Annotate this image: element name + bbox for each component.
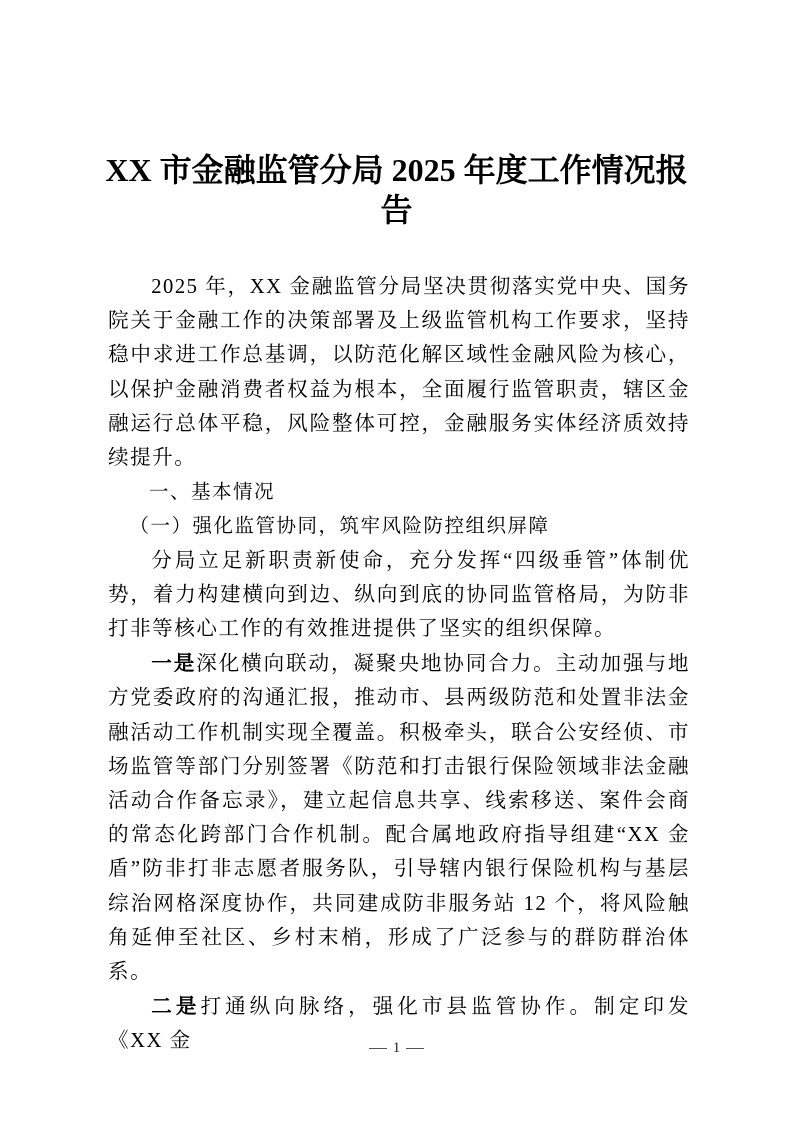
subsection-heading: （一）强化监管协同，筑牢风险防控组织屏障 bbox=[108, 509, 690, 543]
document-page: XX 市金融监管分局 2025 年度工作情况报告 2025 年，XX 金融监管分… bbox=[0, 0, 793, 1122]
section-heading: 一、基本情况 bbox=[108, 475, 690, 509]
point-1-text: 深化横向联动，凝聚央地协同合力。主动加强与地方党委政府的沟通汇报，推动市、县两级… bbox=[108, 653, 690, 983]
intro-paragraph: 2025 年，XX 金融监管分局坚决贯彻落实党中央、国务院关于金融工作的决策部署… bbox=[108, 270, 690, 475]
footer-dash-left bbox=[369, 1048, 387, 1049]
document-body: 2025 年，XX 金融监管分局坚决贯彻落实党中央、国务院关于金融工作的决策部署… bbox=[108, 270, 690, 1059]
page-footer: 1 bbox=[0, 1040, 793, 1057]
point-2-lead: 二是 bbox=[151, 994, 200, 1018]
document-title: XX 市金融监管分局 2025 年度工作情况报告 bbox=[104, 150, 689, 230]
point-1-paragraph: 一是深化横向联动，凝聚央地协同合力。主动加强与地方党委政府的沟通汇报，推动市、县… bbox=[108, 646, 690, 989]
page-number: 1 bbox=[393, 1040, 401, 1056]
point-1-lead: 一是 bbox=[151, 651, 196, 675]
footer-dash-right bbox=[406, 1048, 424, 1049]
subsection-paragraph: 分局立足新职责新使命，充分发挥“四级垂管”体制优势，着力构建横向到边、纵向到底的… bbox=[108, 544, 690, 647]
